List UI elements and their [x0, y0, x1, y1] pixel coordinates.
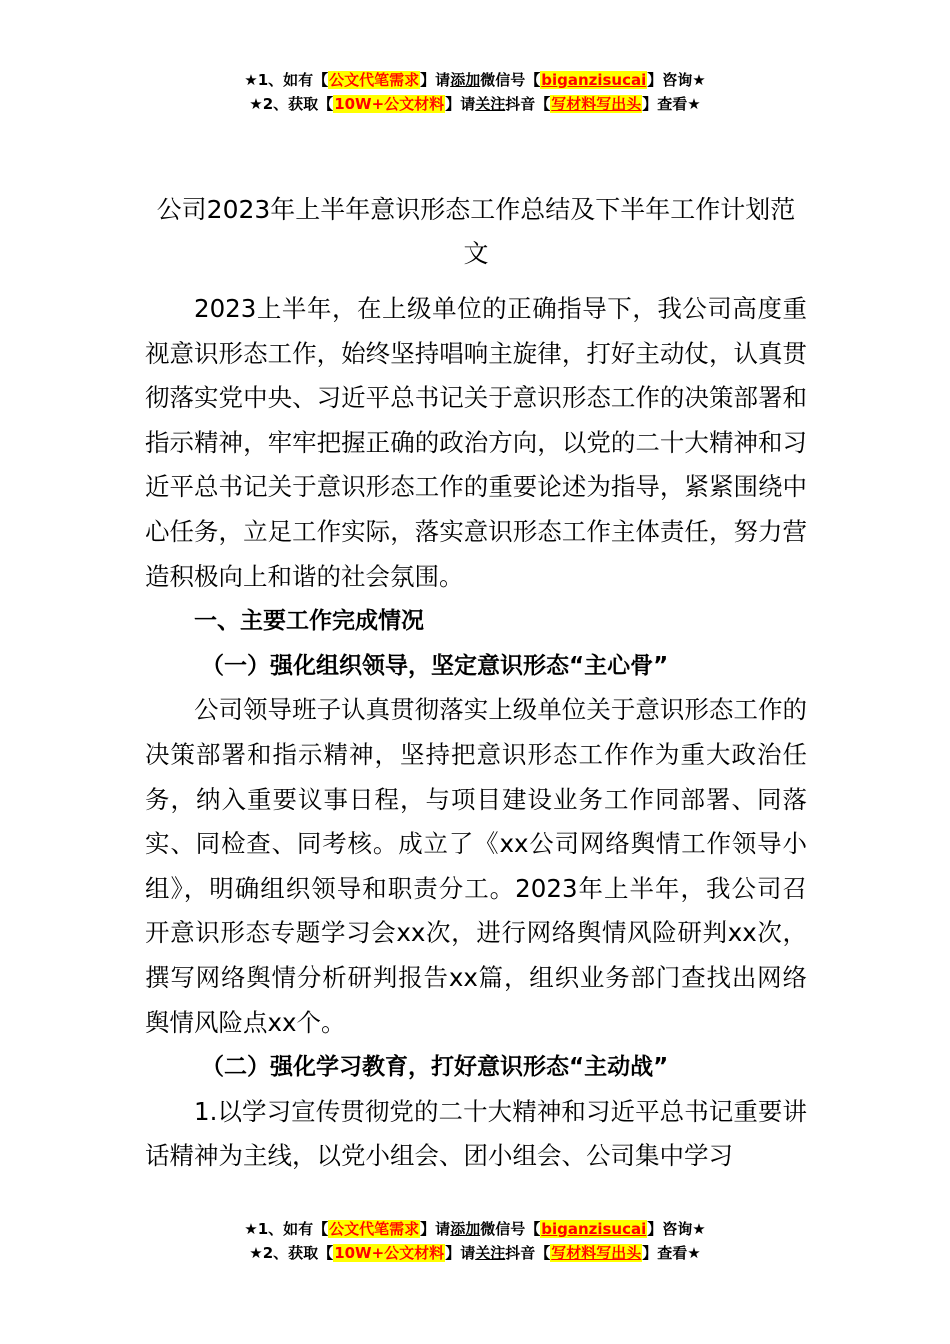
banner-text: 】请	[445, 95, 475, 113]
footer-banner: ★1、如有【公文代笔需求】请添加微信号【biganzisucai】咨询★ ★2、…	[0, 1217, 950, 1265]
subsection-heading-1: （一）强化组织领导，坚定意识形态“主心骨”	[145, 644, 807, 689]
document-body: 2023上半年，在上级单位的正确指导下，我公司高度重视意识形态工作，始终坚持唱响…	[145, 287, 807, 1179]
highlight-ghostwriting-service: 公文代笔需求	[328, 1220, 420, 1238]
star-icon-prefix: ★2、获取【	[249, 1244, 333, 1262]
star-icon-suffix: 】咨询★	[647, 1220, 705, 1238]
highlight-ghostwriting-service: 公文代笔需求	[328, 71, 420, 89]
body-paragraph: 1.以学习宣传贯彻党的二十大精神和习近平总书记重要讲话精神为主线，以党小组会、团…	[145, 1090, 807, 1179]
banner-line-2: ★2、获取【10W+公文材料】请关注抖音【写材料写出头】查看★	[0, 1241, 950, 1265]
banner-line-2: ★2、获取【10W+公文材料】请关注抖音【写材料写出头】查看★	[0, 92, 950, 116]
wechat-id-link[interactable]: biganzisucai	[540, 1220, 647, 1238]
subsection-heading-2: （二）强化学习教育，打好意识形态“主动战”	[145, 1045, 807, 1090]
star-icon-prefix: ★1、如有【	[244, 1220, 328, 1238]
banner-text: 】请	[420, 71, 450, 89]
star-icon-suffix: 】查看★	[642, 1244, 700, 1262]
banner-text: 微信号【	[480, 71, 540, 89]
section-heading-1: 一、主要工作完成情况	[145, 599, 807, 644]
banner-text: 抖音【	[505, 1244, 550, 1262]
document-title: 公司2023年上半年意识形态工作总结及下半年工作计划范文	[145, 188, 807, 276]
star-icon-suffix: 】查看★	[642, 95, 700, 113]
star-icon-suffix: 】咨询★	[647, 71, 705, 89]
banner-text: 抖音【	[505, 95, 550, 113]
douyin-account-link[interactable]: 写材料写出头	[550, 95, 642, 113]
wechat-id-link[interactable]: biganzisucai	[540, 71, 647, 89]
star-icon-prefix: ★1、如有【	[244, 71, 328, 89]
banner-text: 】请	[420, 1220, 450, 1238]
highlight-materials: 10W+公文材料	[333, 95, 445, 113]
star-icon-prefix: ★2、获取【	[249, 95, 333, 113]
underlined-add: 添加	[450, 1220, 480, 1238]
underlined-add: 添加	[450, 71, 480, 89]
banner-text: 微信号【	[480, 1220, 540, 1238]
intro-paragraph: 2023上半年，在上级单位的正确指导下，我公司高度重视意识形态工作，始终坚持唱响…	[145, 287, 807, 599]
highlight-materials: 10W+公文材料	[333, 1244, 445, 1262]
banner-line-1: ★1、如有【公文代笔需求】请添加微信号【biganzisucai】咨询★	[0, 68, 950, 92]
douyin-account-link[interactable]: 写材料写出头	[550, 1244, 642, 1262]
underlined-follow: 关注	[475, 95, 505, 113]
body-paragraph: 公司领导班子认真贯彻落实上级单位关于意识形态工作的决策部署和指示精神，坚持把意识…	[145, 688, 807, 1045]
underlined-follow: 关注	[475, 1244, 505, 1262]
header-banner: ★1、如有【公文代笔需求】请添加微信号【biganzisucai】咨询★ ★2、…	[0, 68, 950, 116]
banner-text: 】请	[445, 1244, 475, 1262]
banner-line-1: ★1、如有【公文代笔需求】请添加微信号【biganzisucai】咨询★	[0, 1217, 950, 1241]
